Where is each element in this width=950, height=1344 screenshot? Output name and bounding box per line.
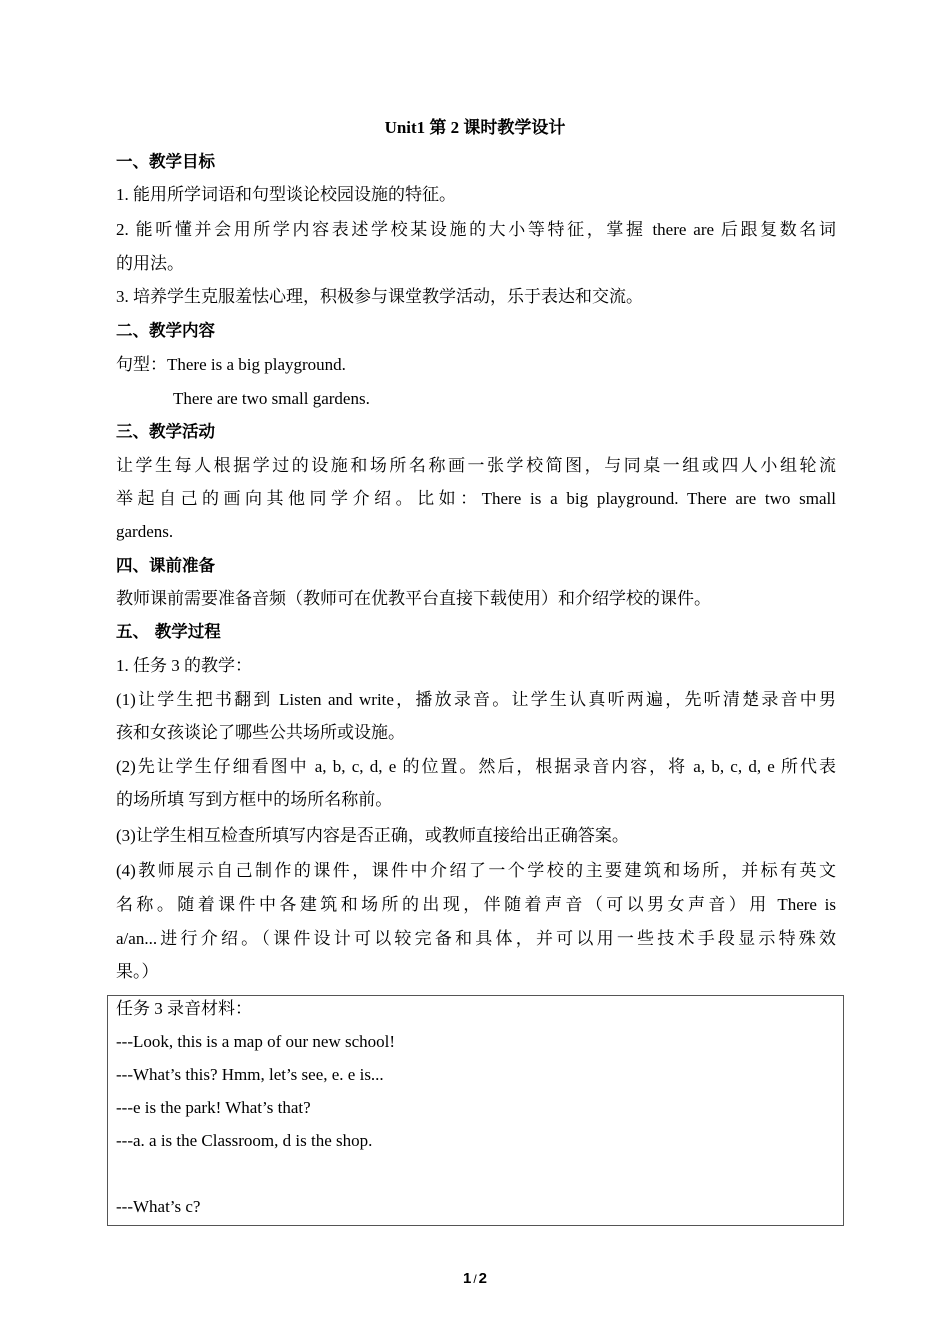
document-title: Unit1 第 2 课时教学设计 — [0, 117, 950, 139]
paragraph-line: 举起自己的画向其他同学介绍。比如：There is a big playgrou… — [116, 488, 836, 510]
section-heading-preparation: 四、课前准备 — [116, 555, 836, 577]
paragraph-line: (1)让学生把书翻到 Listen and write，播放录音。让学生认真听两… — [116, 689, 836, 711]
transcript-line: ---What’s c? — [116, 1196, 200, 1218]
document-page: Unit1 第 2 课时教学设计 一、教学目标 1. 能用所学词语和句型谈论校园… — [0, 0, 950, 1344]
transcript-line: ---What’s this? Hmm, let’s see, e. e is.… — [116, 1064, 384, 1086]
section-heading-content: 二、教学内容 — [116, 320, 836, 342]
paragraph-line: 果。） — [116, 961, 836, 983]
section-heading-activities: 三、教学活动 — [116, 421, 836, 443]
transcript-line: ---a. a is the Classroom, d is the shop. — [116, 1130, 372, 1152]
paragraph-line: 让学生每人根据学过的设施和场所名称画一张学校简图，与同桌一组或四人小组轮流 — [116, 455, 836, 477]
paragraph-line: (4)教师展示自己制作的课件，课件中介绍了一个学校的主要建筑和场所，并标有英文 — [116, 860, 836, 882]
page-number: 1/2 — [0, 1270, 950, 1287]
paragraph-line: 孩和女孩谈论了哪些公共场所或设施。 — [116, 722, 836, 744]
section-heading-process: 五、 教学过程 — [116, 621, 836, 643]
paragraph-line: 3. 培养学生克服羞怯心理，积极参与课堂教学活动，乐于表达和交流。 — [116, 286, 836, 308]
paragraph-line: 的用法。 — [116, 253, 836, 275]
sentence-pattern-line: 句型：There is a big playground. — [116, 354, 836, 376]
paragraph-line: a/an...进行介绍。（课件设计可以较完备和具体，并可以用一些技术手段显示特殊… — [116, 928, 836, 950]
transcript-heading: 任务 3 录音材料： — [116, 998, 252, 1020]
paragraph-line: (2)先让学生仔细看图中 a, b, c, d, e 的位置。然后，根据录音内容… — [116, 756, 836, 778]
paragraph-line: 教师课前需要准备音频（教师可在优教平台直接下载使用）和介绍学校的课件。 — [116, 588, 836, 610]
paragraph-line: 2. 能听懂并会用所学内容表述学校某设施的大小等特征，掌握 there are … — [116, 219, 836, 241]
total-pages: 2 — [479, 1270, 487, 1287]
transcript-line: ---e is the park! What’s that? — [116, 1097, 311, 1119]
transcript-line: ---Look, this is a map of our new school… — [116, 1031, 395, 1053]
paragraph-line: (3)让学生相互检查所填写内容是否正确，或教师直接给出正确答案。 — [116, 825, 836, 847]
sentence-pattern-line: There are two small gardens. — [173, 388, 893, 410]
paragraph-line: 1. 能用所学词语和句型谈论校园设施的特征。 — [116, 184, 836, 206]
current-page: 1 — [463, 1270, 471, 1287]
paragraph-line: 的场所填 写到方框中的场所名称前。 — [116, 789, 836, 811]
paragraph-line: 名称。随着课件中各建筑和场所的出现，伴随着声音（可以男女声音）用 There i… — [116, 894, 836, 916]
paragraph-line: 1. 任务 3 的教学： — [116, 655, 836, 677]
paragraph-line: gardens. — [116, 521, 836, 543]
transcript-box: 任务 3 录音材料： ---Look, this is a map of our… — [107, 995, 844, 1226]
page-separator: / — [473, 1272, 476, 1286]
section-heading-objectives: 一、教学目标 — [116, 151, 836, 173]
